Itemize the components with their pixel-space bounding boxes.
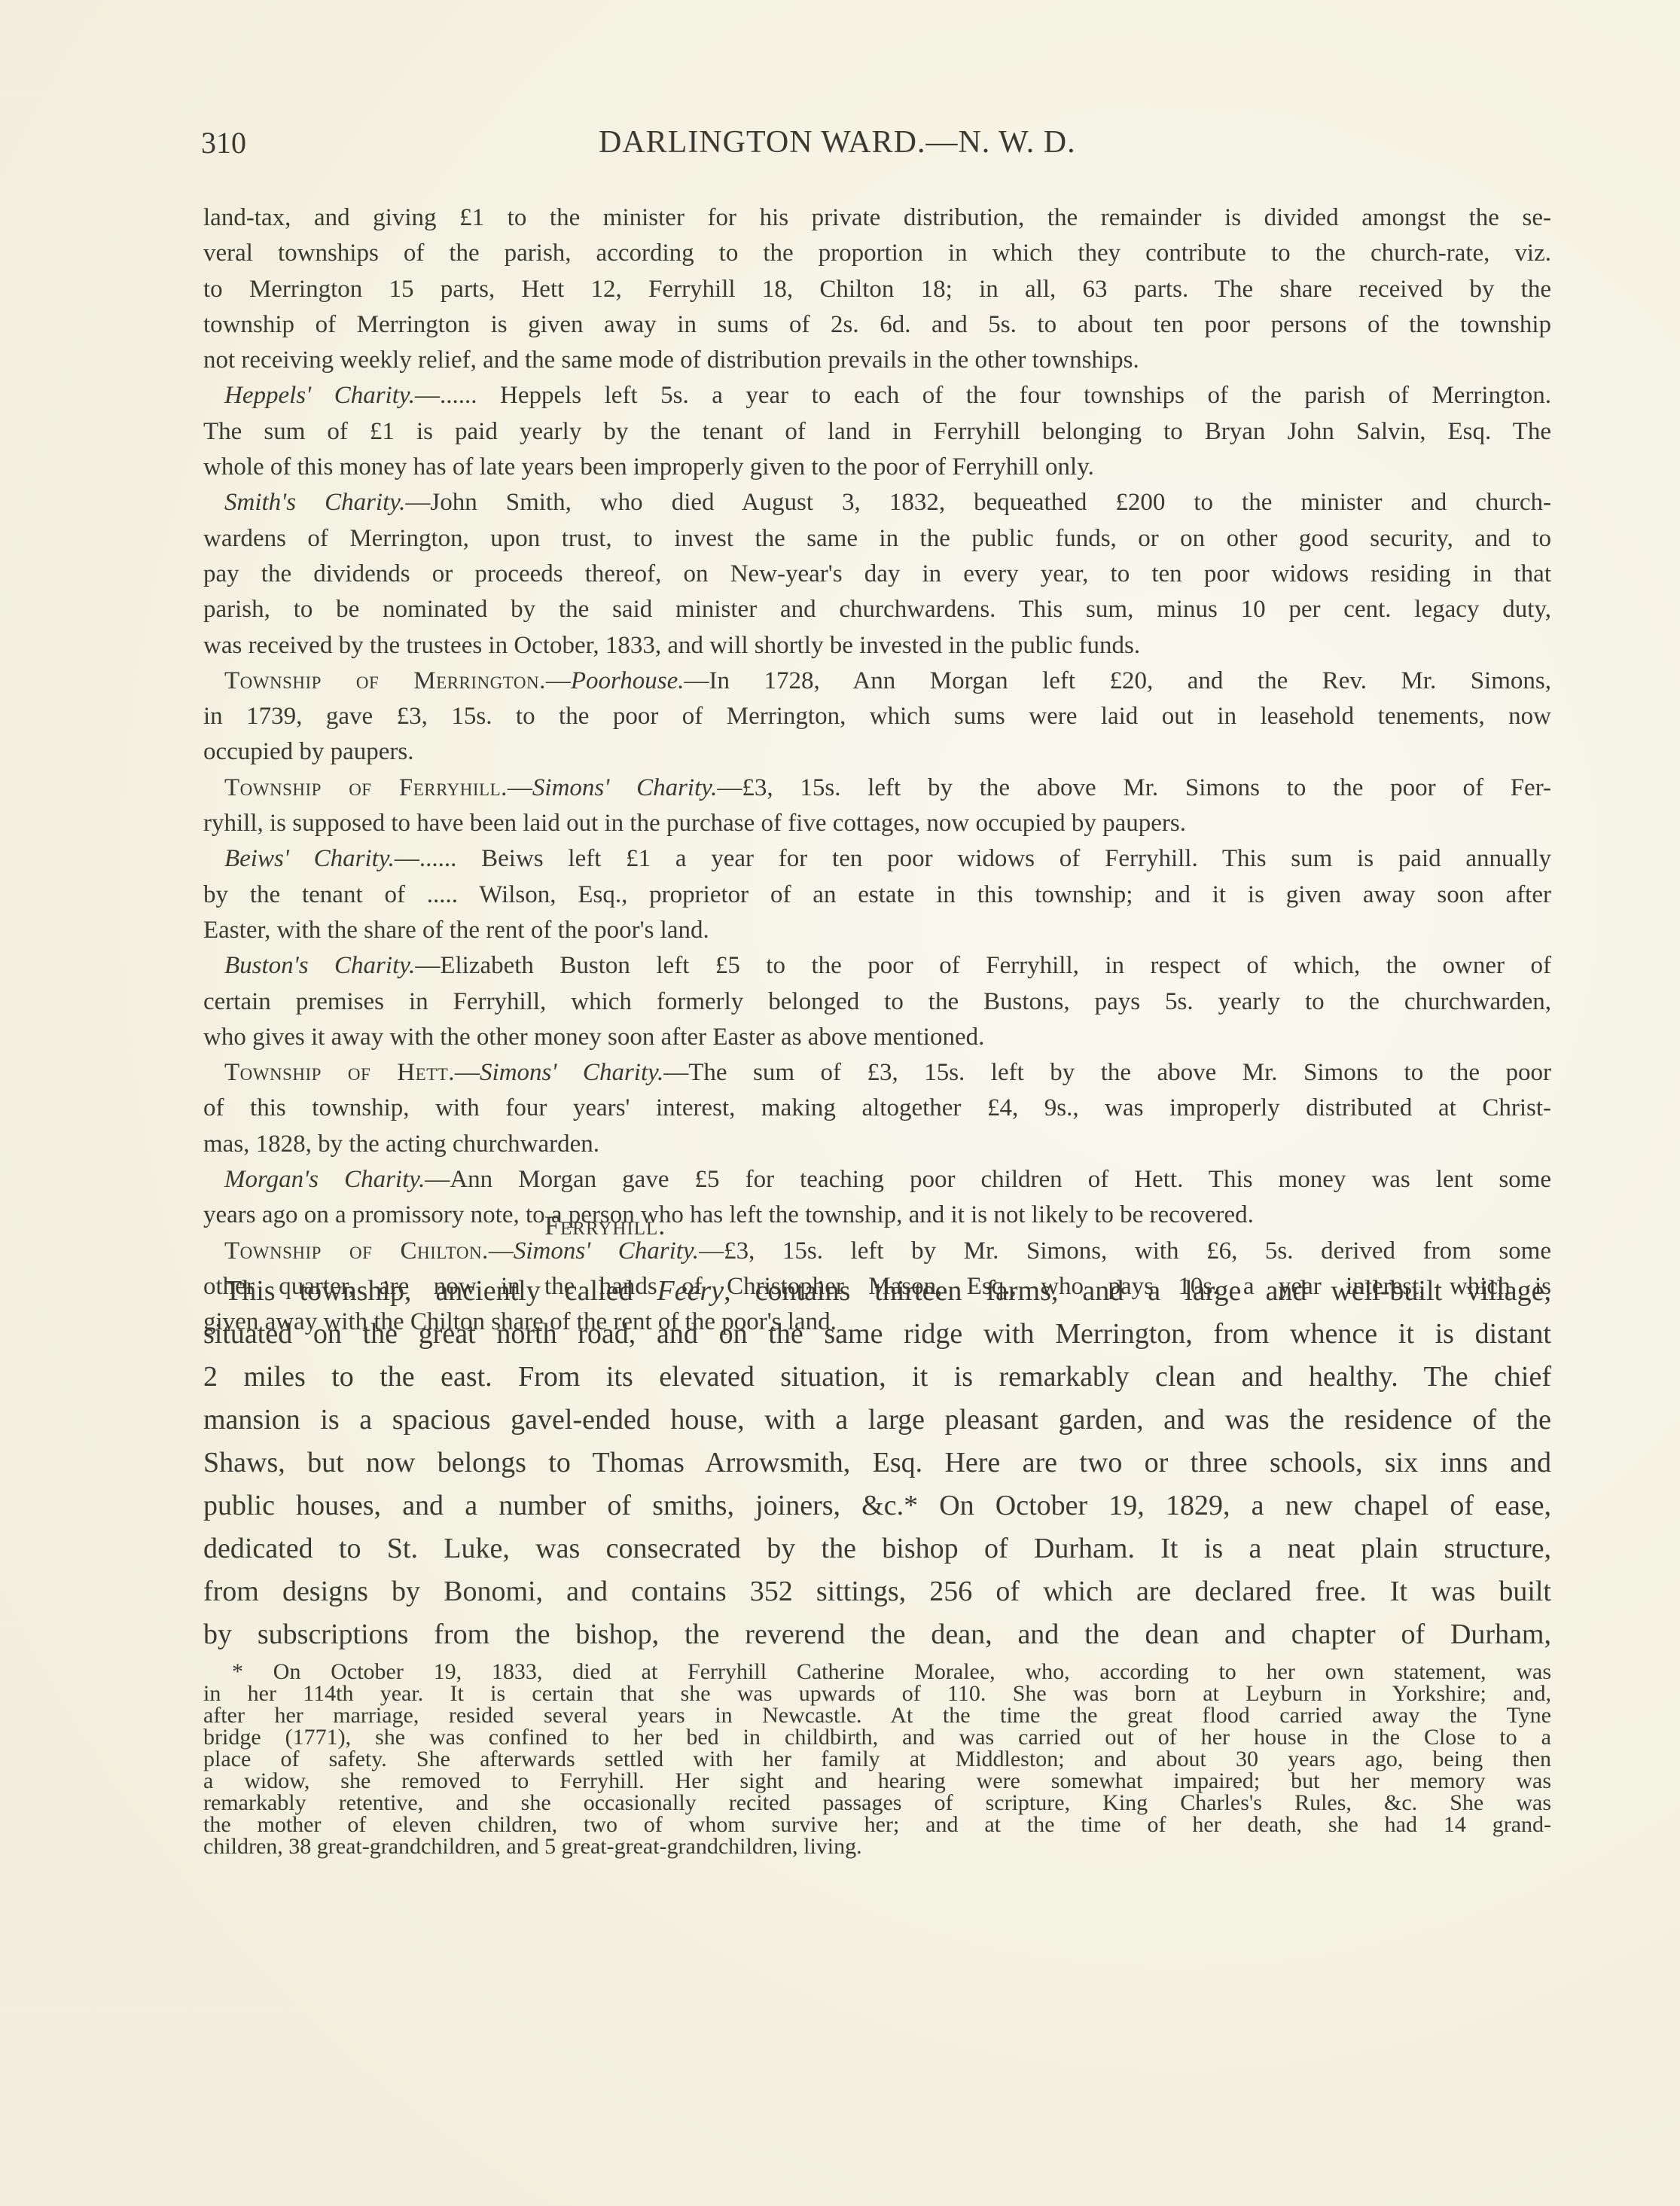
footnote-line: bridge (1771), she was confined to her b… <box>203 1726 1551 1748</box>
text-line: public houses, and a number of smiths, j… <box>203 1484 1551 1527</box>
text-line: dedicated to St. Luke, was consecrated b… <box>203 1527 1551 1570</box>
footnote-line: place of safety. She afterwards settled … <box>203 1748 1551 1770</box>
text-line: by subscriptions from the bishop, the re… <box>203 1613 1551 1656</box>
footnote: * On October 19, 1833, died at Ferryhill… <box>203 1661 1551 1857</box>
text-line: The sum of £1 is paid yearly by the tena… <box>203 414 1551 450</box>
township-ferryhill-line: Township of Ferryhill.—Simons' Charity.—… <box>203 770 1551 806</box>
section-heading-ferryhill: Ferryhill. <box>544 1209 666 1242</box>
text-line: veral townships of the parish, according… <box>203 236 1551 271</box>
text-line: was received by the trustees in October,… <box>203 628 1551 664</box>
text-line: Shaws, but now belongs to Thomas Arrowsm… <box>203 1442 1551 1484</box>
footnote-line: a widow, she removed to Ferryhill. Her s… <box>203 1770 1551 1792</box>
beiws-charity-title: Beiws' Charity. <box>224 845 395 872</box>
bustons-charity-line: Buston's Charity.—Elizabeth Buston left … <box>203 948 1551 984</box>
township-chilton-title: Township of Chilton. <box>224 1237 489 1265</box>
text-line: land-tax, and giving £1 to the minister … <box>203 200 1551 236</box>
text-line: not receiving weekly relief, and the sam… <box>203 343 1551 378</box>
text-line: certain premises in Ferryhill, which for… <box>203 984 1551 1020</box>
text-line: whole of this money has of late years be… <box>203 450 1551 485</box>
beiws-charity-line: Beiws' Charity.—...... Beiws left £1 a y… <box>203 841 1551 877</box>
charities-section: land-tax, and giving £1 to the minister … <box>203 200 1551 1341</box>
smiths-charity-line: Smith's Charity.—John Smith, who died Au… <box>203 485 1551 520</box>
footnote-line: remarkably retentive, and she occasional… <box>203 1792 1551 1814</box>
morgans-charity-title: Morgan's Charity. <box>224 1166 425 1193</box>
township-merrington-title: Township of Merrington. <box>224 667 546 694</box>
feery-name: Feery <box>657 1275 724 1307</box>
text-line: 2 miles to the east. From its elevated s… <box>203 1356 1551 1399</box>
page-number: 310 <box>201 127 246 160</box>
township-hett-title: Township of Hett. <box>224 1059 455 1086</box>
text-line: This township, anciently called Feery, c… <box>203 1270 1551 1313</box>
text-line: mansion is a spacious gavel-ended house,… <box>203 1399 1551 1442</box>
smiths-charity-title: Smith's Charity. <box>224 489 405 516</box>
township-merrington-line: Township of Merrington.—Poorhouse.—In 17… <box>203 664 1551 699</box>
text-line: in 1739, gave £3, 15s. to the poor of Me… <box>203 699 1551 734</box>
township-hett-line: Township of Hett.—Simons' Charity.—The s… <box>203 1055 1551 1091</box>
footnote-line: * On October 19, 1833, died at Ferryhill… <box>203 1661 1551 1683</box>
text-line: to Merrington 15 parts, Hett 12, Ferryhi… <box>203 272 1551 307</box>
running-head: DARLINGTON WARD.—N. W. D. <box>599 125 1076 160</box>
text-line: pay the dividends or proceeds thereof, o… <box>203 557 1551 592</box>
text-line: by the tenant of ..... Wilson, Esq., pro… <box>203 877 1551 913</box>
text-line: of this township, with four years' inter… <box>203 1091 1551 1126</box>
text-line: Easter, with the share of the rent of th… <box>203 913 1551 948</box>
text-line: who gives it away with the other money s… <box>203 1020 1551 1055</box>
text-line: mas, 1828, by the acting churchwarden. <box>203 1127 1551 1162</box>
text-line: ryhill, is supposed to have been laid ou… <box>203 806 1551 841</box>
text-line: years ago on a promissory note, to a per… <box>203 1198 1551 1233</box>
footnote-line: after her marriage, resided several year… <box>203 1704 1551 1726</box>
text-line: wardens of Merrington, upon trust, to in… <box>203 521 1551 557</box>
bustons-charity-title: Buston's Charity. <box>224 952 415 979</box>
footnote-line: children, 38 great-grandchildren, and 5 … <box>203 1835 1551 1857</box>
ferryhill-description: This township, anciently called Feery, c… <box>203 1270 1551 1656</box>
heppels-charity-line: Heppels' Charity.—...... Heppels left 5s… <box>203 378 1551 413</box>
heppels-charity-title: Heppels' Charity. <box>224 382 415 409</box>
text-line: occupied by paupers. <box>203 734 1551 770</box>
text-line: from designs by Bonomi, and contains 352… <box>203 1570 1551 1613</box>
footnote-line: the mother of eleven children, two of wh… <box>203 1814 1551 1835</box>
footnote-line: in her 114th year. It is certain that sh… <box>203 1683 1551 1704</box>
text-line: parish, to be nominated by the said mini… <box>203 592 1551 627</box>
morgans-charity-line: Morgan's Charity.—Ann Morgan gave £5 for… <box>203 1162 1551 1198</box>
township-chilton-line: Township of Chilton.—Simons' Charity.—£3… <box>203 1234 1551 1269</box>
township-ferryhill-title: Township of Ferryhill. <box>224 774 508 801</box>
text-line: township of Merrington is given away in … <box>203 307 1551 343</box>
text-line: situated on the great north road, and on… <box>203 1313 1551 1356</box>
